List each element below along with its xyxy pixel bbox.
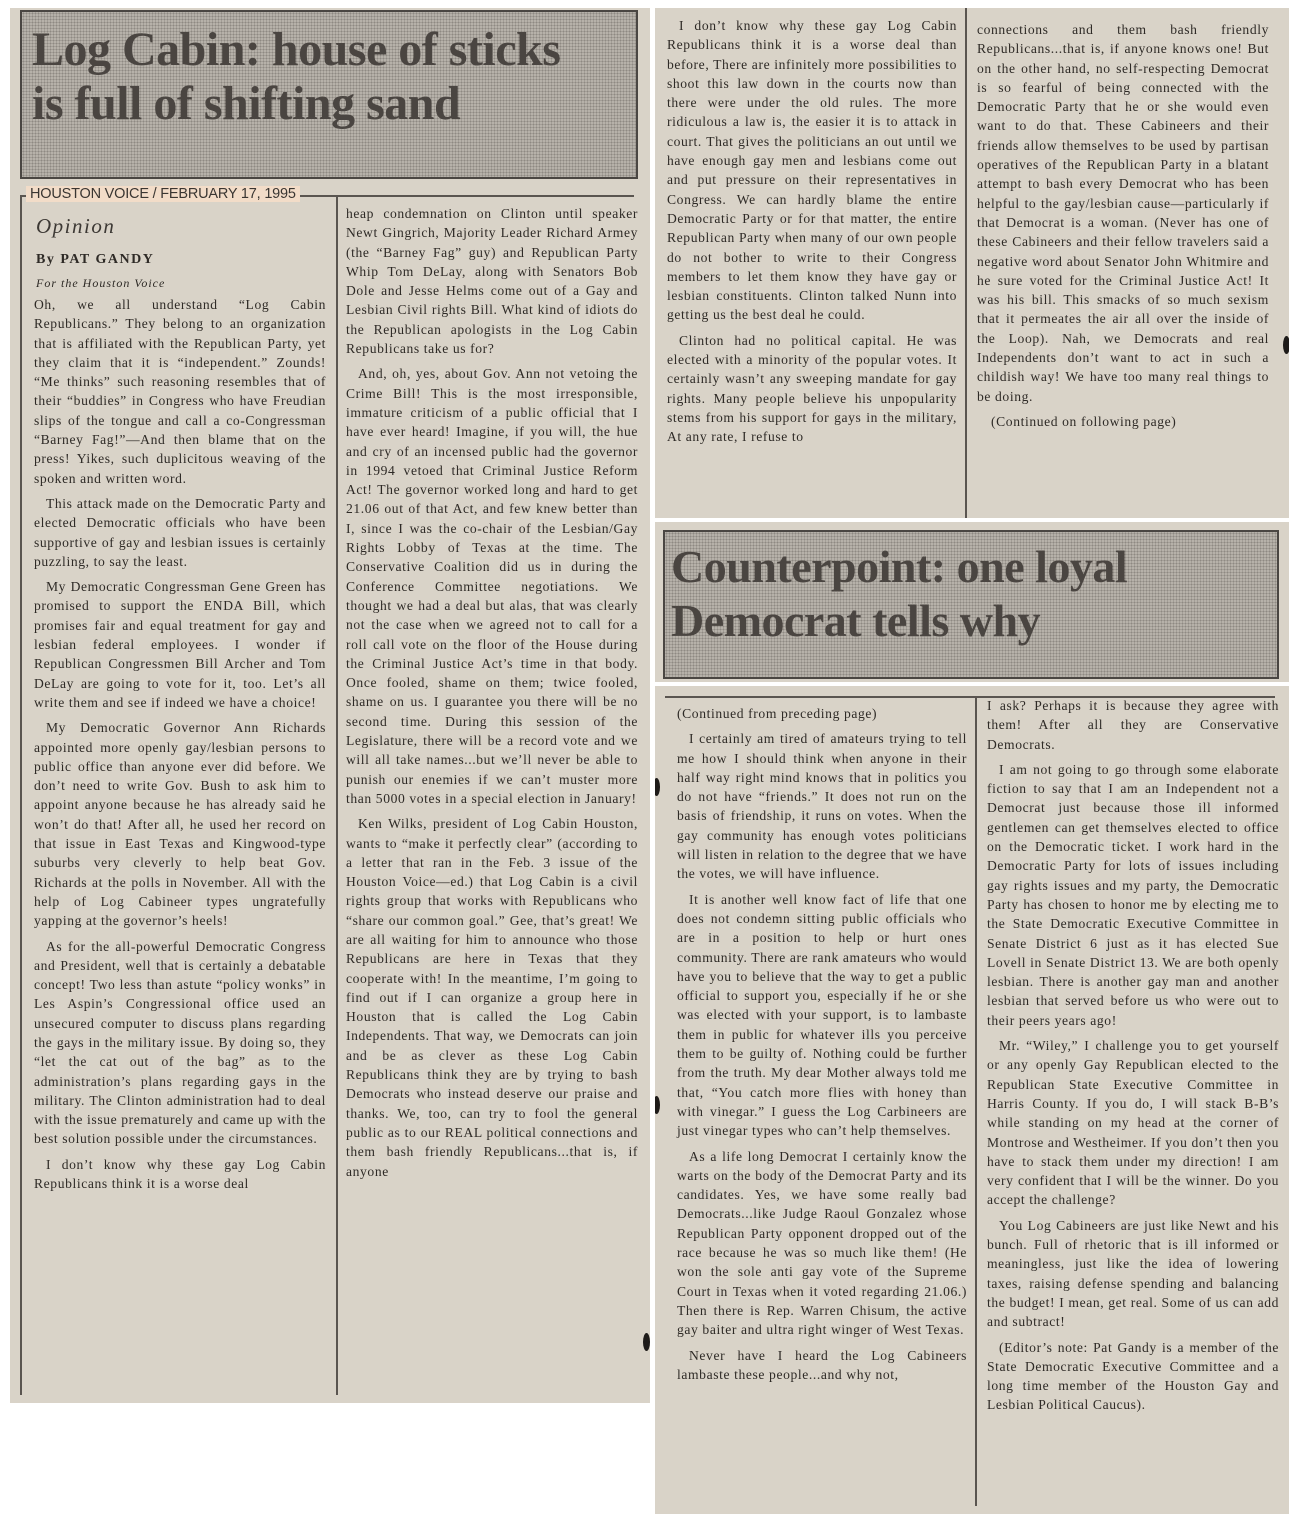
scan-artifact bbox=[655, 778, 660, 796]
continued-note: (Continued on following page) bbox=[977, 412, 1269, 431]
headline-line-2: Democrat tells why bbox=[671, 596, 1040, 646]
paragraph: My Democratic Governor Ann Richards appo… bbox=[34, 718, 326, 930]
paragraph: As for the all-powerful Democratic Congr… bbox=[34, 937, 326, 1149]
paragraph: It is another well know fact of life tha… bbox=[677, 890, 967, 1141]
paragraph: This attack made on the Democratic Party… bbox=[34, 494, 326, 571]
paragraph: I am not going to go through some elabor… bbox=[987, 760, 1279, 1030]
paragraph: I don’t know why these gay Log Cabin Rep… bbox=[667, 16, 957, 325]
column-divider bbox=[965, 8, 967, 518]
counterpoint-column-2: I ask? Perhaps it is because they agree … bbox=[987, 696, 1279, 1421]
paragraph: Oh, we all understand “Log Cabin Republi… bbox=[34, 295, 326, 488]
dateline: HOUSTON VOICE / FEBRUARY 17, 1995 bbox=[26, 186, 300, 202]
paragraph: Never have I heard the Log Cabineers lam… bbox=[677, 1346, 967, 1385]
paragraph: Ken Wilks, president of Log Cabin Housto… bbox=[346, 814, 638, 1181]
article-column-1: Oh, we all understand “Log Cabin Republi… bbox=[34, 295, 326, 1199]
paragraph: You Log Cabineers are just like Newt and… bbox=[987, 1216, 1279, 1332]
headline-line-1: Log Cabin: house of sticks bbox=[32, 24, 560, 76]
paragraph: I certainly am tired of amateurs trying … bbox=[677, 729, 967, 883]
scan-artifact bbox=[655, 1096, 660, 1114]
headline-line-1: Counterpoint: one loyal bbox=[671, 542, 1127, 592]
paragraph: Clinton had no political capital. He was… bbox=[667, 331, 957, 447]
clipping-counterpoint-body: (Continued from preceding page) I certai… bbox=[655, 686, 1289, 1514]
paragraph: connections and them bash friendly Repub… bbox=[977, 20, 1269, 406]
paragraph: I ask? Perhaps it is because they agree … bbox=[987, 696, 1279, 754]
article-column-2: heap condemnation on Clinton until speak… bbox=[346, 204, 638, 1187]
section-label: Opinion bbox=[36, 214, 115, 239]
clipping-counterpoint-headline: Counterpoint: one loyal Democrat tells w… bbox=[655, 522, 1289, 682]
paragraph: (Editor’s note: Pat Gandy is a member of… bbox=[987, 1338, 1279, 1415]
column-divider bbox=[336, 195, 338, 1395]
article-column-4: connections and them bash friendly Repub… bbox=[977, 20, 1269, 437]
paragraph: My Democratic Congressman Gene Green has… bbox=[34, 577, 326, 712]
scan-artifact bbox=[643, 1333, 650, 1351]
article-column-3: I don’t know why these gay Log Cabin Rep… bbox=[667, 16, 957, 453]
column-divider bbox=[975, 696, 977, 1506]
counterpoint-column-1: (Continued from preceding page) I certai… bbox=[677, 704, 967, 1390]
headline-line-2: is full of shifting sand bbox=[32, 78, 460, 130]
paragraph: And, oh, yes, about Gov. Ann not vetoing… bbox=[346, 364, 638, 808]
scan-artifact bbox=[1283, 336, 1289, 354]
paragraph: Mr. “Wiley,” I challenge you to get your… bbox=[987, 1036, 1279, 1210]
clipping-log-cabin-left: Log Cabin: house of sticks is full of sh… bbox=[10, 8, 650, 1403]
left-border-rule bbox=[20, 195, 22, 1395]
byline-credit: For the Houston Voice bbox=[36, 276, 165, 291]
paragraph: As a life long Democrat I certainly know… bbox=[677, 1147, 967, 1340]
paragraph: I don’t know why these gay Log Cabin Rep… bbox=[34, 1155, 326, 1194]
byline: By PAT GANDY bbox=[36, 252, 154, 268]
continued-from-note: (Continued from preceding page) bbox=[677, 704, 967, 723]
clipping-log-cabin-right: I don’t know why these gay Log Cabin Rep… bbox=[655, 8, 1289, 518]
paragraph: heap condemnation on Clinton until speak… bbox=[346, 204, 638, 358]
